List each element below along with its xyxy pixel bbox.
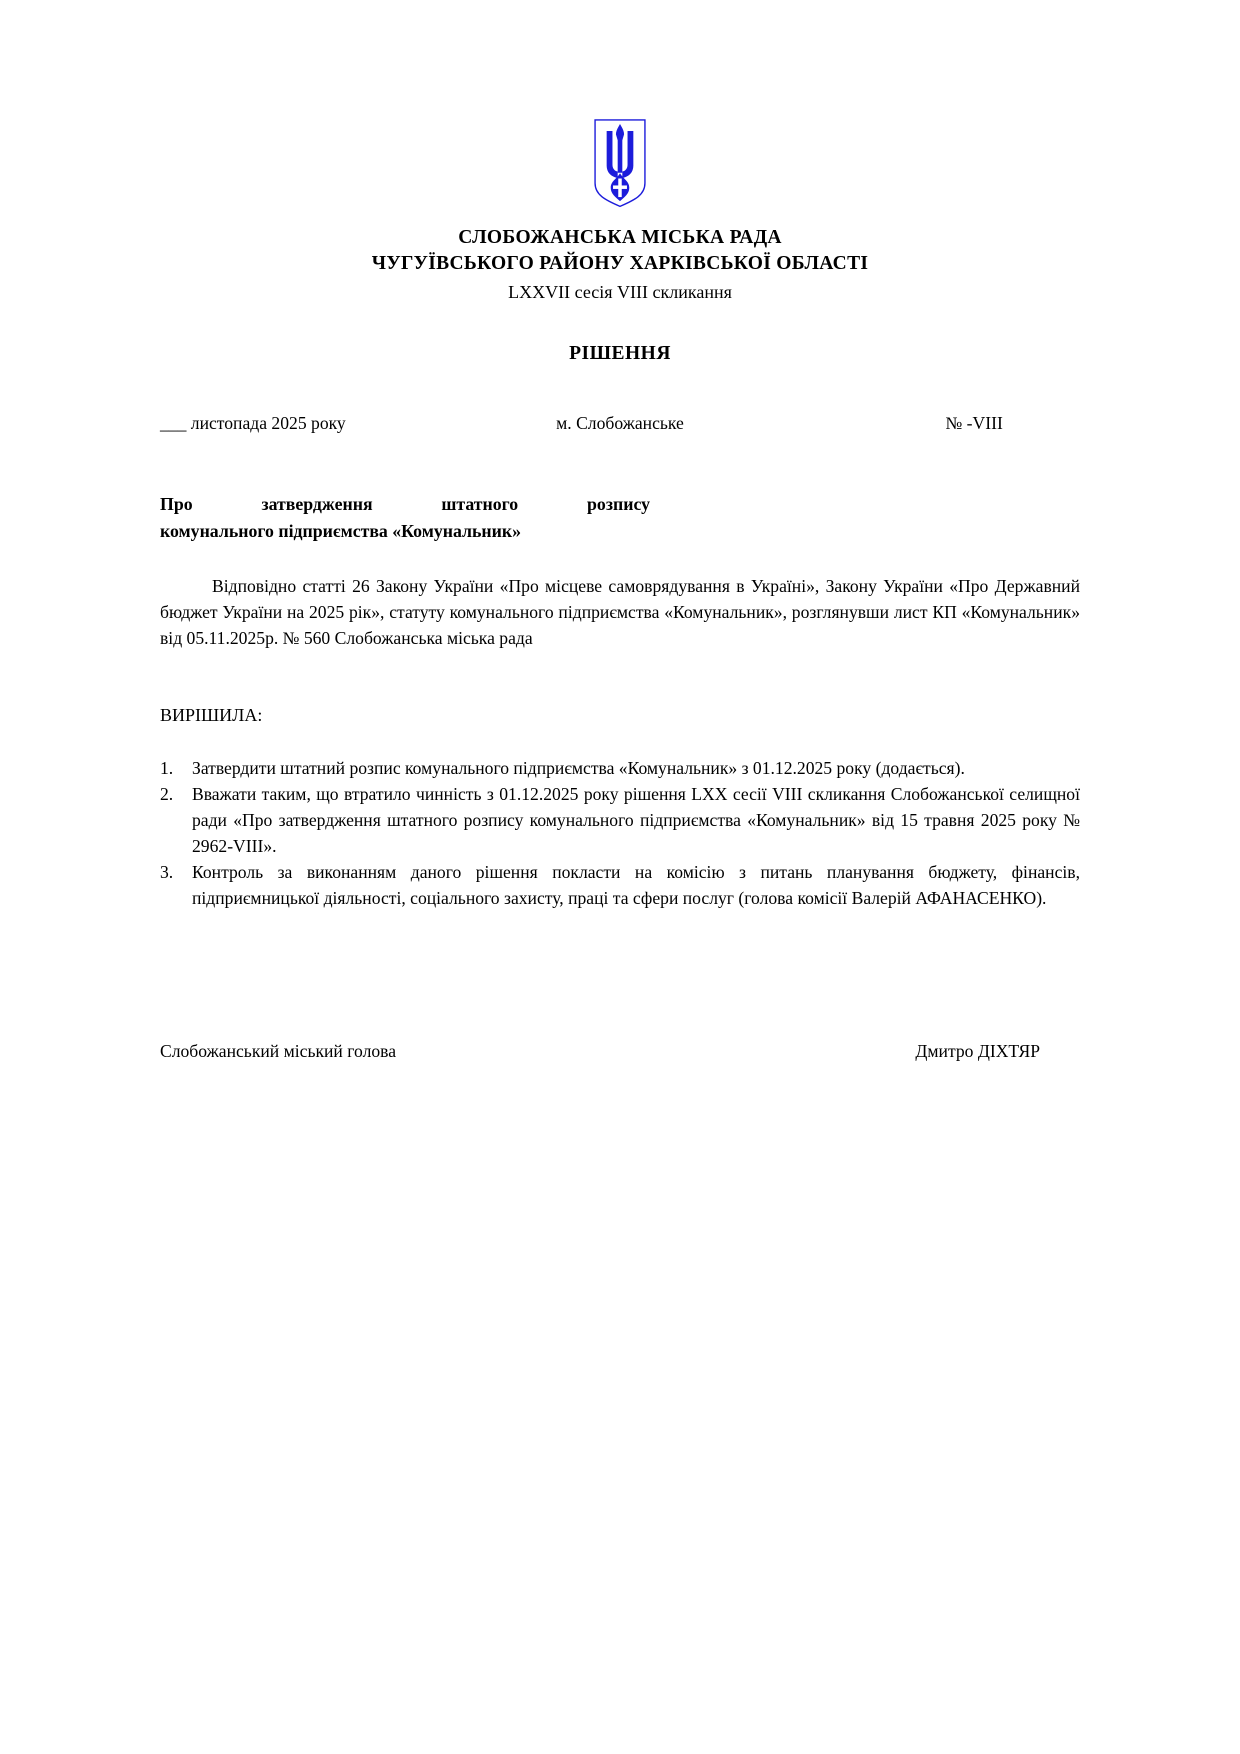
item-text: Затвердити штатний розпис комунального п… <box>192 755 1080 781</box>
tryzub-emblem-icon <box>591 118 649 210</box>
session-label: LXXVII сесія VIII скликання <box>160 279 1080 305</box>
council-name: СЛОБОЖАНСЬКА МІСЬКА РАДА <box>160 225 1080 251</box>
list-item: 3. Контроль за виконанням даного рішення… <box>160 859 1080 911</box>
date-blank: ___ листопада 2025 року <box>160 411 467 435</box>
list-item: 1. Затвердити штатний розпис комунальног… <box>160 755 1080 781</box>
signer-name: Дмитро ДІХТЯР <box>915 1039 1040 1063</box>
document-number: № -VIII <box>773 411 1080 435</box>
document-type-title: РІШЕННЯ <box>160 343 1080 365</box>
resolved-label: ВИРІШИЛА: <box>160 703 1080 727</box>
item-number: 2. <box>160 781 192 859</box>
subject-line-2: комунального підприємства «Комунальник» <box>160 518 650 545</box>
signature-row: Слобожанський міський голова Дмитро ДІХТ… <box>160 1039 1080 1063</box>
item-text: Вважати таким, що втратило чинність з 01… <box>192 781 1080 859</box>
subject-line-1: Про затвердження штатного розпису <box>160 491 650 518</box>
signer-position: Слобожанський міський голова <box>160 1039 396 1063</box>
place-name: м. Слобожанське <box>467 411 774 435</box>
item-number: 1. <box>160 755 192 781</box>
document-header: СЛОБОЖАНСЬКА МІСЬКА РАДА ЧУГУЇВСЬКОГО РА… <box>160 225 1080 305</box>
trident-shape <box>607 124 634 201</box>
item-number: 3. <box>160 859 192 911</box>
item-text: Контроль за виконанням даного рішення по… <box>192 859 1080 911</box>
emblem-container <box>160 118 1080 215</box>
date-place-number-row: ___ листопада 2025 року м. Слобожанське … <box>160 411 1080 435</box>
preamble-paragraph: Відповідно статті 26 Закону України «Про… <box>160 573 1080 651</box>
resolution-items: 1. Затвердити штатний розпис комунальног… <box>160 755 1080 911</box>
list-item: 2. Вважати таким, що втратило чинність з… <box>160 781 1080 859</box>
document-page: СЛОБОЖАНСЬКА МІСЬКА РАДА ЧУГУЇВСЬКОГО РА… <box>0 0 1240 1754</box>
district-region-name: ЧУГУЇВСЬКОГО РАЙОНУ ХАРКІВСЬКОЇ ОБЛАСТІ <box>160 251 1080 277</box>
subject-block: Про затвердження штатного розпису комуна… <box>160 491 650 545</box>
